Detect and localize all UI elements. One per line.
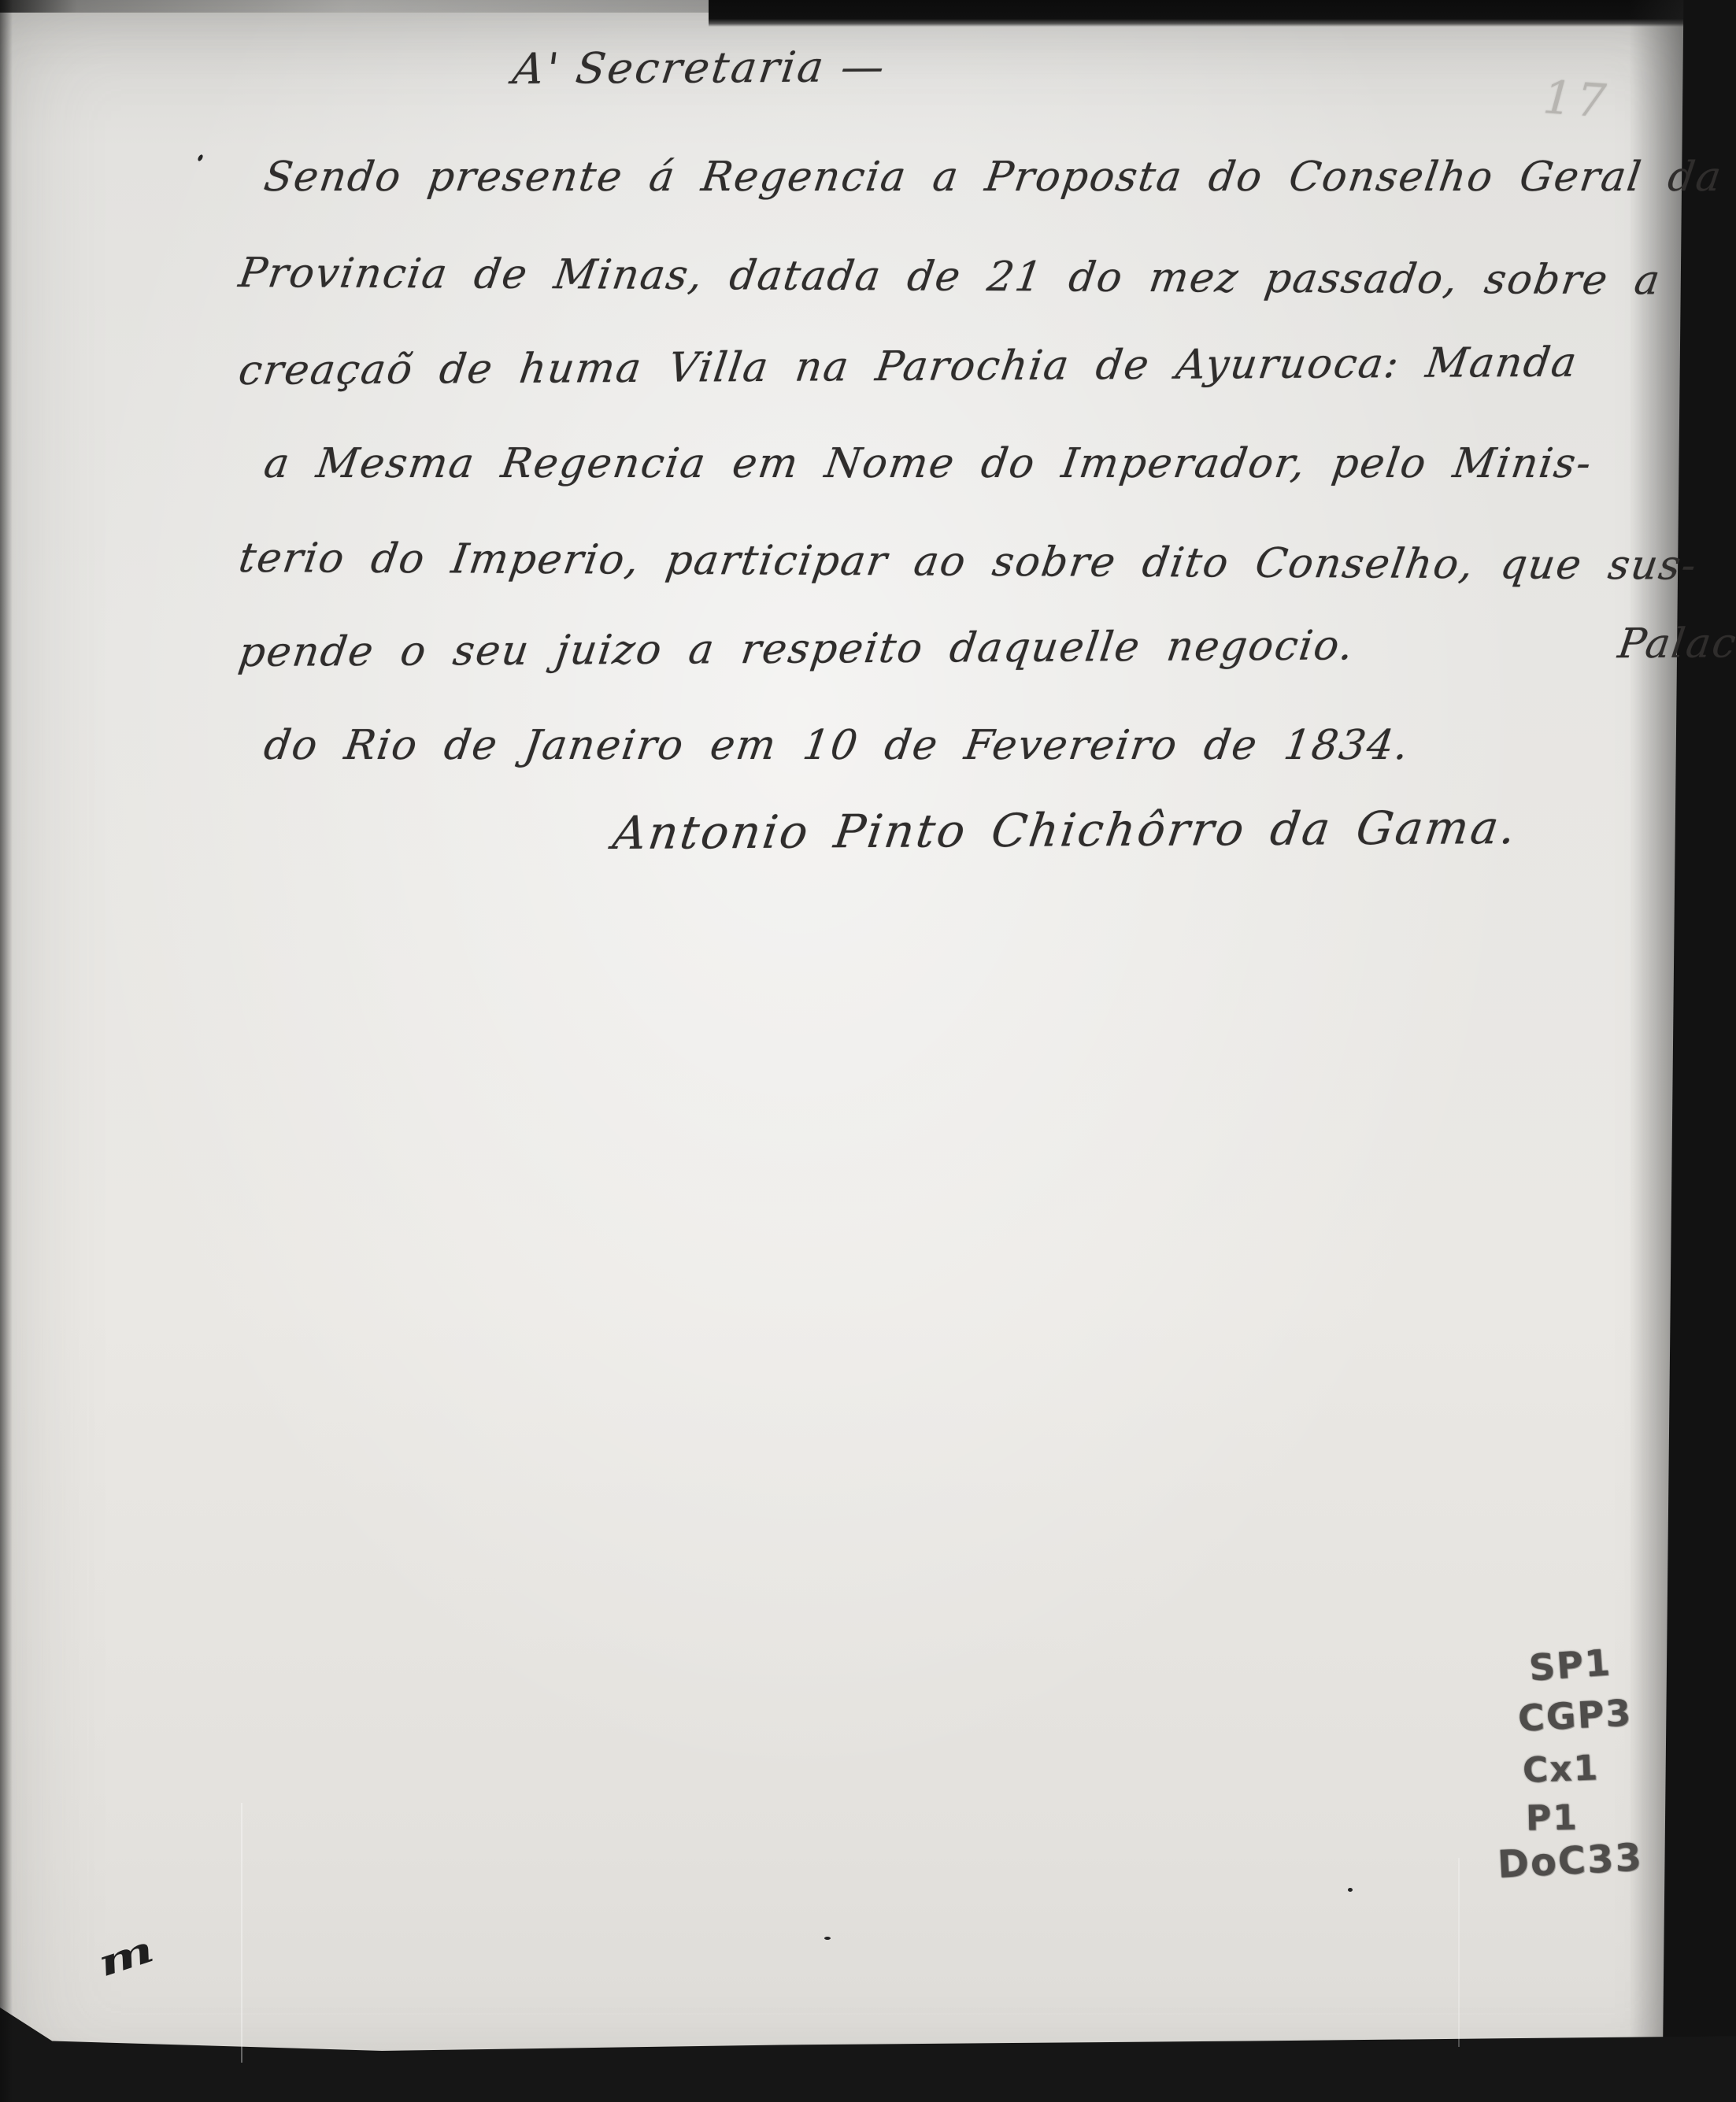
manuscript-line-7: do Rio de Janeiro em 10 de Fevereiro de …	[261, 724, 1412, 768]
manuscript-line-6: pende o seu juizo a respeito daquelle ne…	[236, 622, 1736, 675]
ink-speck	[824, 1937, 831, 1940]
archival-mark-doc: DoC33	[1497, 1835, 1645, 1887]
paper-sheet	[0, 0, 1736, 2102]
archival-mark-cgp: CGP3	[1517, 1691, 1634, 1740]
archival-mark-p: P1	[1526, 1797, 1579, 1838]
ink-speck	[1348, 1888, 1353, 1892]
manuscript-line-3: creaçaõ de huma Villa na Parochia de Ayu…	[236, 342, 1580, 393]
letter-heading: A' Secretaria —	[510, 45, 889, 92]
archival-mark-sp: SP1	[1527, 1641, 1612, 1689]
signature: Antonio Pinto Chichôrro da Gama.	[610, 804, 1520, 857]
folio-number: 17	[1542, 70, 1612, 128]
manuscript-line-4: a Mesma Regencia em Nome do Imperador, p…	[261, 442, 1595, 486]
scan-seam-line	[241, 1803, 242, 2063]
manuscript-line-2: Provincia de Minas, datada de 21 do mez …	[236, 252, 1664, 302]
scan-edge-top-right	[709, 0, 1736, 27]
scan-seam-line	[1458, 1858, 1460, 2047]
manuscript-line-5: terio do Imperio, participar ao sobre di…	[236, 537, 1701, 587]
scan-edge-left	[0, 0, 13, 2102]
archival-mark-cx: Cx1	[1522, 1748, 1600, 1790]
scan-edge-top-left	[0, 0, 772, 13]
manuscript-line-1: Sendo presente á Regencia a Proposta do …	[261, 156, 1725, 199]
scanned-document: 17 A' Secretaria — Sendo presente á Rege…	[0, 0, 1736, 2102]
